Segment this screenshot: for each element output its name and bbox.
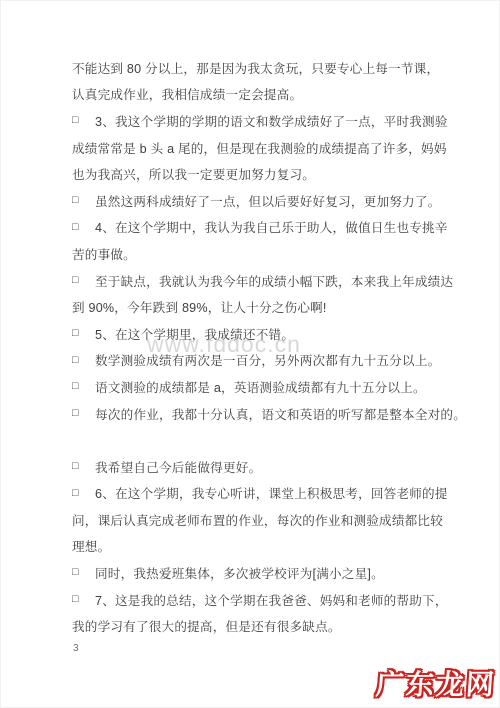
brand-watermark: 广东龙网 — [375, 663, 498, 703]
page-number: 3 — [73, 643, 79, 654]
line-text: 4、在这个学期中，我认为我自己乐于助人，做值日生也专挑辛 — [95, 217, 448, 236]
text-line: □语文测验的成绩都是 a，英语测验成绩都有九十五分以上。 — [72, 373, 444, 400]
list-bullet-icon: □ — [72, 567, 95, 578]
text-line: 认真完成作业，我相信成绩一定会提高。 — [72, 81, 444, 108]
line-text: 问，课后认真完成老师布置的作业，每次的作业和测验成绩都比较 — [72, 510, 443, 529]
text-line: 不能达到 80 分以上，那是因为我太贪玩，只要专心上每一节课， — [72, 54, 444, 81]
text-line: 理想。 — [72, 533, 444, 560]
text-line: □3、我这个学期的学期的语文和数学成绩好了一点，平时我测验 — [72, 107, 444, 134]
text-line: □虽然这两科成绩好了一点，但以后要好好复习，更加努力了。 — [72, 187, 444, 214]
document-page: www.fddoc.cn 不能达到 80 分以上，那是因为我太贪玩，只要专心上每… — [0, 0, 500, 708]
text-line: 成绩常常是 b 头 a 尾的，但是现在我测验的成绩提高了许多，妈妈 — [72, 134, 444, 161]
line-text: 同时，我热爱班集体，多次被学校评为[满小之星]。 — [95, 563, 384, 582]
line-text: 我希望自己今后能做得更好。 — [95, 457, 261, 476]
line-text: 理想。 — [72, 536, 110, 555]
line-text: 我的学习有了很大的提高，但是还有很多缺点。 — [72, 616, 341, 635]
line-text: 也为我高兴，所以我一定要更加努力复习。 — [72, 164, 315, 183]
text-line: □5、在这个学期里，我成绩还不错。 — [72, 320, 444, 347]
text-line: □4、在这个学期中，我认为我自己乐于助人，做值日生也专挑辛 — [72, 214, 444, 241]
text-line: □我希望自己今后能做得更好。 — [72, 453, 444, 480]
line-text: 数学测验成绩有两次是一百分，另外两次都有九十五分以上。 — [95, 350, 440, 369]
line-text: 不能达到 80 分以上，那是因为我太贪玩，只要专心上每一节课， — [72, 58, 439, 77]
line-text: 6、在这个学期，我专心听讲，课堂上积极思考，回答老师的提 — [95, 483, 448, 502]
line-text: 苦的事做。 — [72, 244, 136, 263]
line-text: 到 90%，今年跌到 89%，让人十分之伤心啊! — [72, 297, 327, 316]
line-text: 语文测验的成绩都是 a，英语测验成绩都有九十五分以上。 — [95, 377, 426, 396]
list-bullet-icon: □ — [72, 488, 95, 499]
list-bullet-icon: □ — [72, 328, 95, 339]
line-text: 认真完成作业，我相信成绩一定会提高。 — [72, 84, 302, 103]
line-text: 7、这是我的总结，这个学期在我爸爸、妈妈和老师的帮助下， — [95, 590, 448, 609]
text-line: 到 90%，今年跌到 89%，让人十分之伤心啊! — [72, 293, 444, 320]
line-text: 成绩常常是 b 头 a 尾的，但是现在我测验的成绩提高了许多，妈妈 — [72, 138, 447, 157]
line-text: 虽然这两科成绩好了一点，但以后要好好复习，更加努力了。 — [95, 191, 440, 210]
line-text: 每次的作业，我都十分认真，语文和英语的听写都是整本全对的。 — [95, 404, 466, 423]
document-body: 不能达到 80 分以上，那是因为我太贪玩，只要专心上每一节课，认真完成作业，我相… — [72, 54, 444, 639]
list-bullet-icon: □ — [72, 275, 95, 286]
line-text: 至于缺点，我就认为我今年的成绩小幅下跌，本来我上年成绩达 — [95, 271, 453, 290]
list-bullet-icon: □ — [72, 461, 95, 472]
text-line: 我的学习有了很大的提高，但是还有很多缺点。 — [72, 612, 444, 639]
blank-line — [72, 426, 444, 453]
text-line: 也为我高兴，所以我一定要更加努力复习。 — [72, 160, 444, 187]
list-bullet-icon: □ — [72, 355, 95, 366]
text-line: □7、这是我的总结，这个学期在我爸爸、妈妈和老师的帮助下， — [72, 586, 444, 613]
text-line: 问，课后认真完成老师布置的作业，每次的作业和测验成绩都比较 — [72, 506, 444, 533]
list-bullet-icon: □ — [72, 115, 95, 126]
text-line: □6、在这个学期，我专心听讲，课堂上积极思考，回答老师的提 — [72, 480, 444, 507]
list-bullet-icon: □ — [72, 195, 95, 206]
text-line: □同时，我热爱班集体，多次被学校评为[满小之星]。 — [72, 559, 444, 586]
text-line: □每次的作业，我都十分认真，语文和英语的听写都是整本全对的。 — [72, 400, 444, 427]
text-line: □数学测验成绩有两次是一百分，另外两次都有九十五分以上。 — [72, 347, 444, 374]
list-bullet-icon: □ — [72, 408, 95, 419]
line-text: 3、我这个学期的学期的语文和数学成绩好了一点，平时我测验 — [95, 111, 448, 130]
line-text: 5、在这个学期里，我成绩还不错。 — [95, 324, 294, 343]
list-bullet-icon: □ — [72, 222, 95, 233]
list-bullet-icon: □ — [72, 594, 95, 605]
list-bullet-icon: □ — [72, 381, 95, 392]
text-line: □至于缺点，我就认为我今年的成绩小幅下跌，本来我上年成绩达 — [72, 267, 444, 294]
text-line: 苦的事做。 — [72, 240, 444, 267]
